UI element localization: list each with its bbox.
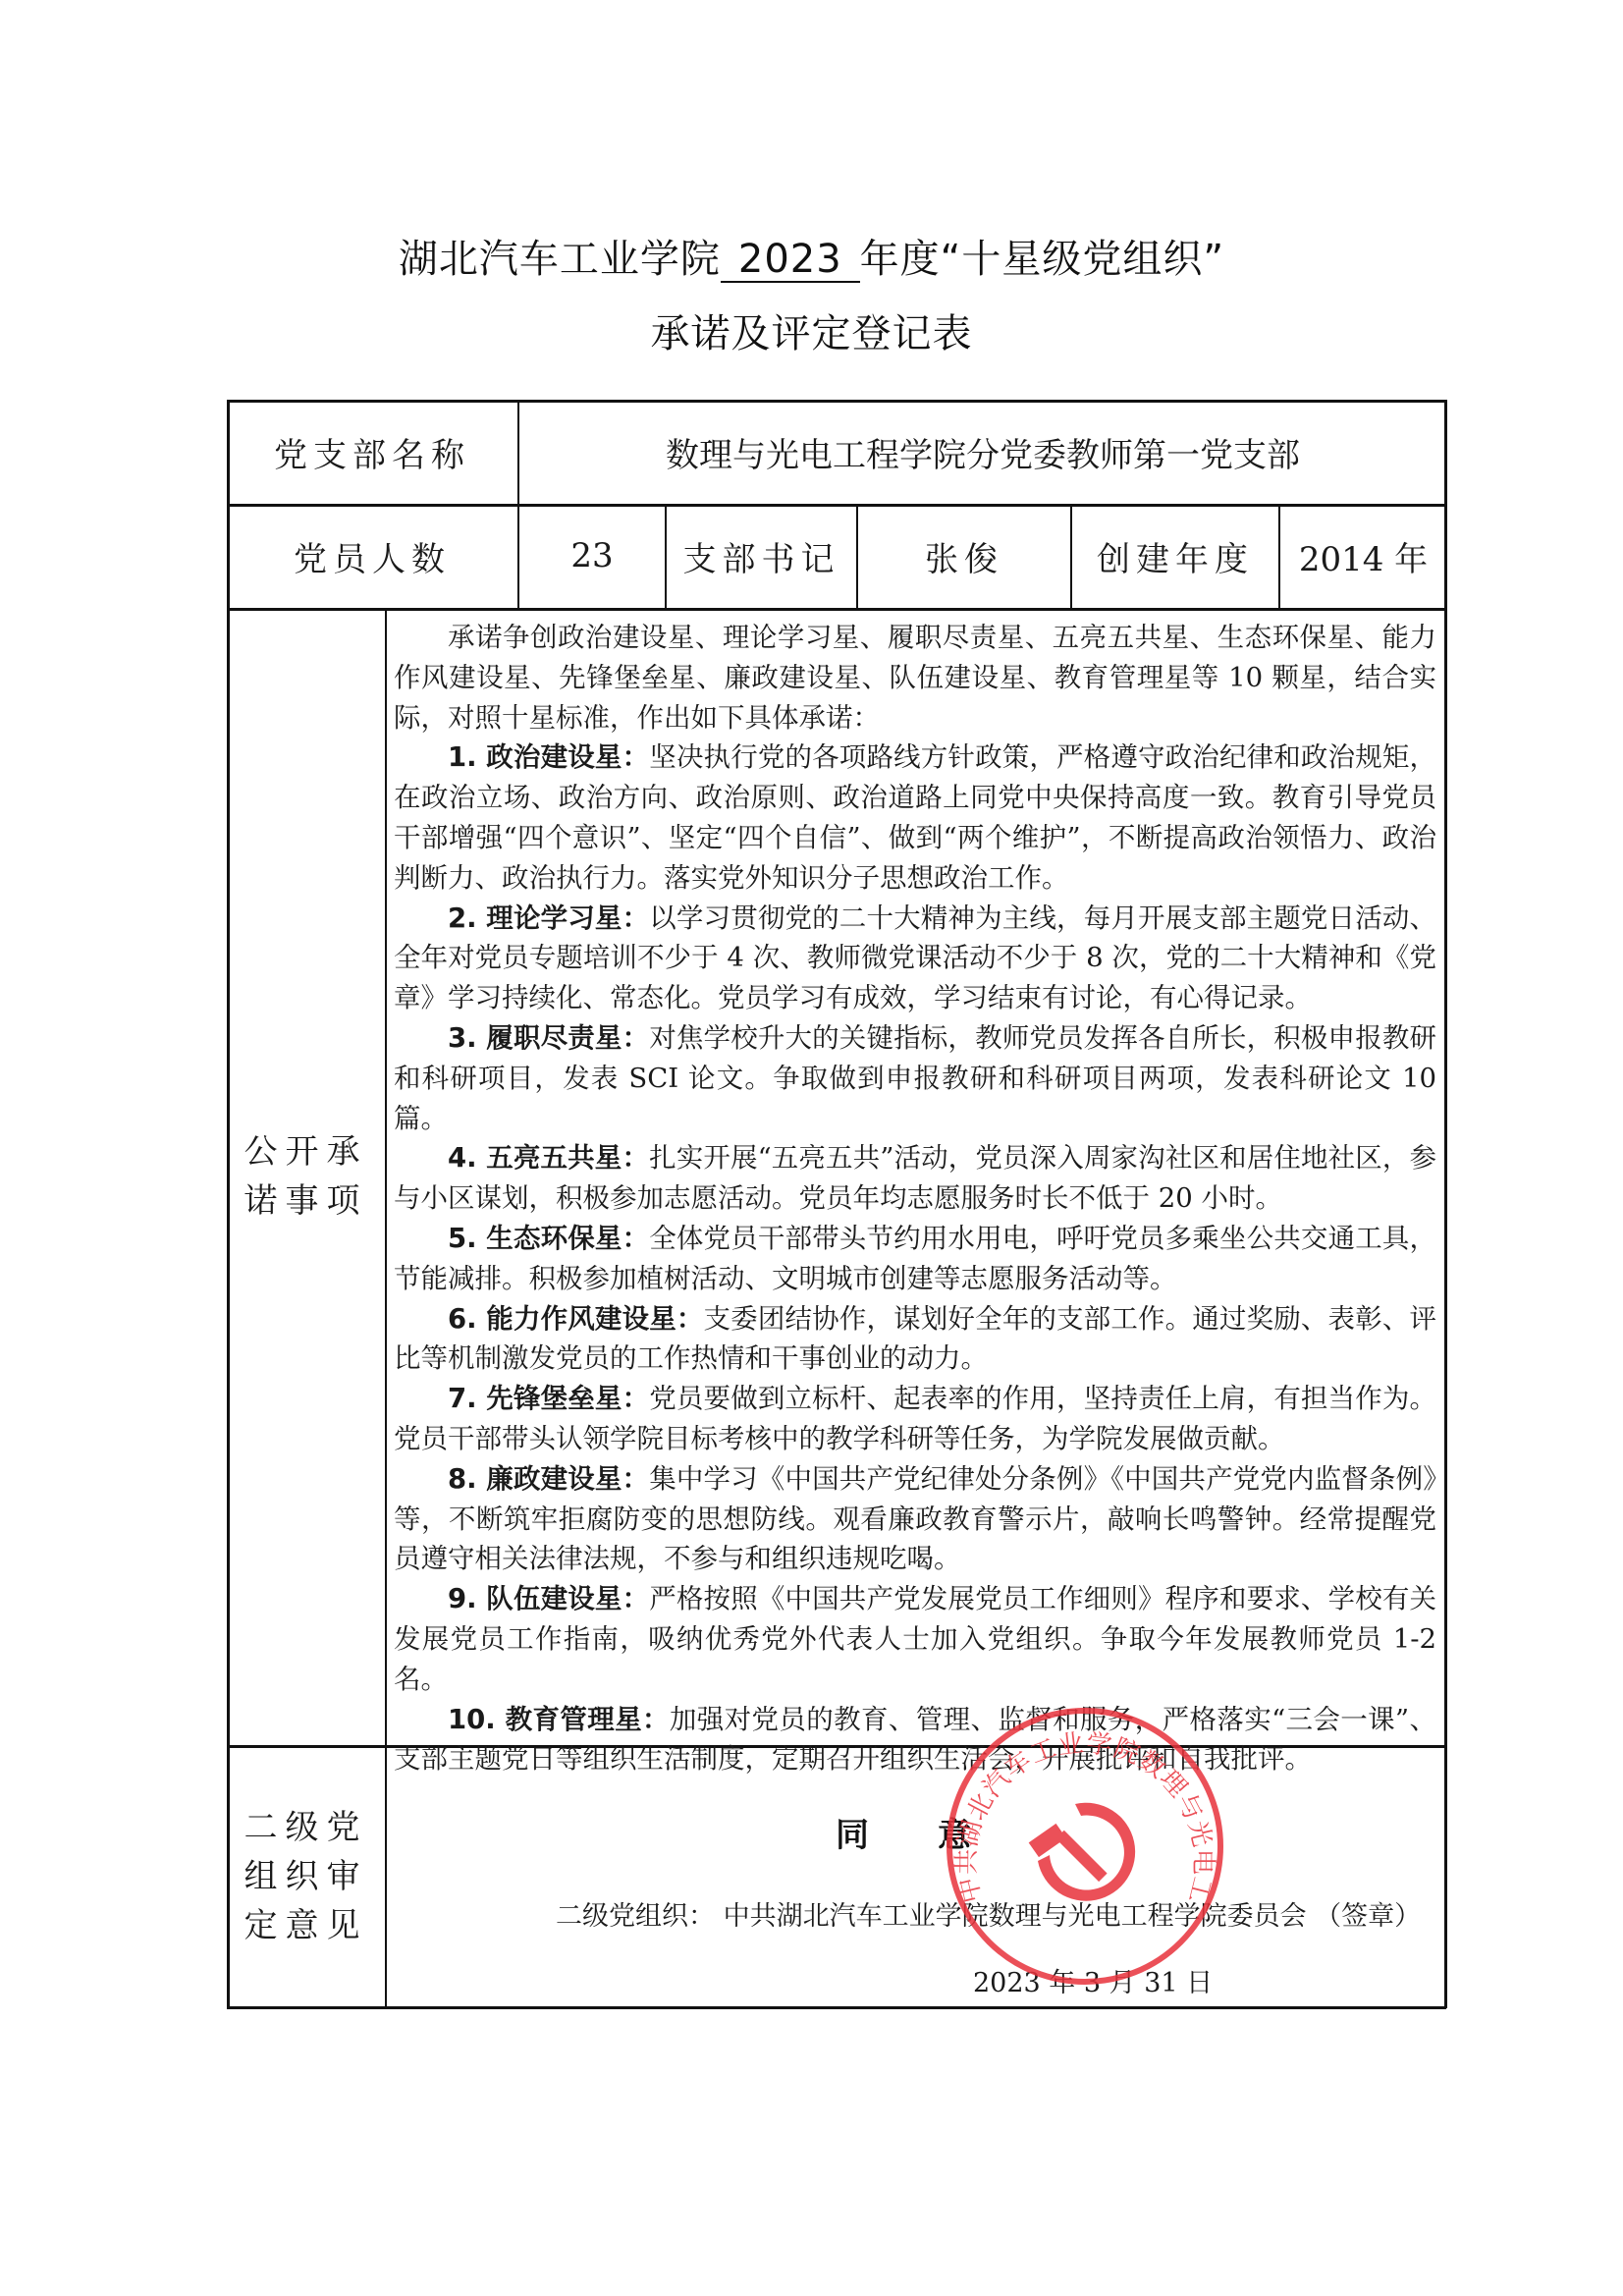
- official-seal-icon: 中共湖北汽车工业学院数理与光电工程学院委员会: [943, 1704, 1227, 1989]
- commitments-intro: 承诺争创政治建设星、理论学习星、履职尽责星、五亮五共星、生态环保星、能力作风建设…: [394, 618, 1436, 738]
- commitment-title: 8. 廉政建设星：: [448, 1463, 649, 1495]
- commitment-title: 1. 政治建设星：: [448, 741, 649, 773]
- member-count-label: 党员人数: [227, 504, 517, 608]
- commitment-item: 2. 理论学习星：以学习贯彻党的二十大精神为主线，每月开展支部主题党日活动、全年…: [394, 899, 1436, 1018]
- commitment-item: 3. 履职尽责星：对焦学校升大的关键指标，教师党员发挥各自所长，积极申报教研和科…: [394, 1018, 1436, 1138]
- review-cell: 同意 二级党组织： 中共湖北汽车工业学院数理与光电工程学院委员会 （签章） 20…: [227, 1747, 1446, 2006]
- commitment-item: 5. 生态环保星：全体党员干部带头节约用水用电，呼吁党员多乘坐公共交通工具，节能…: [394, 1219, 1436, 1299]
- table-border-bottom: [227, 2006, 1446, 2009]
- member-count-value: 23: [519, 504, 665, 608]
- secretary-value: 张俊: [858, 504, 1070, 608]
- document-title: 湖北汽车工业学院2023年度“十星级党组织”: [0, 228, 1623, 284]
- branch-name-label: 党支部名称: [227, 400, 517, 504]
- commitment-item: 8. 廉政建设星：集中学习《中国共产党纪律处分条例》《中国共产党党内监督条例》等…: [394, 1459, 1436, 1579]
- document-subtitle: 承诺及评定登记表: [0, 302, 1623, 358]
- title-year: 2023: [721, 238, 860, 283]
- branch-name-value: 数理与光电工程学院分党委教师第一党支部: [519, 400, 1446, 504]
- commitment-title: 4. 五亮五共星：: [448, 1142, 649, 1174]
- commitment-title: 5. 生态环保星：: [448, 1223, 649, 1254]
- commitment-title: 6. 能力作风建设星：: [448, 1303, 704, 1335]
- commitment-item: 1. 政治建设星：坚决执行党的各项路线方针政策，严格遵守政治纪律和政治规矩，在政…: [394, 738, 1436, 898]
- title-suffix: 年度“十星级党组织”: [860, 237, 1224, 282]
- founded-value: 2014 年: [1280, 504, 1446, 608]
- commitment-title: 10. 教育管理星：: [448, 1704, 670, 1735]
- commitment-title: 7. 先锋堡垒星：: [448, 1383, 649, 1414]
- commitment-item: 7. 先锋堡垒星：党员要做到立标杆、起表率的作用，坚持责任上肩，有担当作为。党员…: [394, 1379, 1436, 1459]
- title-prefix: 湖北汽车工业学院: [399, 237, 721, 282]
- commitment-title: 3. 履职尽责星：: [448, 1022, 649, 1054]
- founded-label: 创建年度: [1072, 504, 1278, 608]
- secretary-label: 支部书记: [667, 504, 856, 608]
- commitments-cell: 承诺争创政治建设星、理论学习星、履职尽责星、五亮五共星、生态环保星、能力作风建设…: [227, 608, 1446, 1745]
- commitment-item: 9. 队伍建设星：严格按照《中国共产党发展党员工作细则》程序和要求、学校有关发展…: [394, 1579, 1436, 1699]
- commitment-item: 6. 能力作风建设星：支委团结协作，谋划好全年的支部工作。通过奖励、表彰、评比等…: [394, 1299, 1436, 1380]
- commitment-item: 4. 五亮五共星：扎实开展“五亮五共”活动，党员深入周家沟社区和居住地社区，参与…: [394, 1138, 1436, 1219]
- commitments-text: 承诺争创政治建设星、理论学习星、履职尽责星、五亮五共星、生态环保星、能力作风建设…: [394, 618, 1436, 1779]
- commitment-title: 2. 理论学习星：: [448, 902, 649, 934]
- commitment-title: 9. 队伍建设星：: [448, 1583, 649, 1614]
- registration-table: 党支部名称 数理与光电工程学院分党委教师第一党支部 党员人数 23 支部书记 张…: [227, 400, 1446, 2008]
